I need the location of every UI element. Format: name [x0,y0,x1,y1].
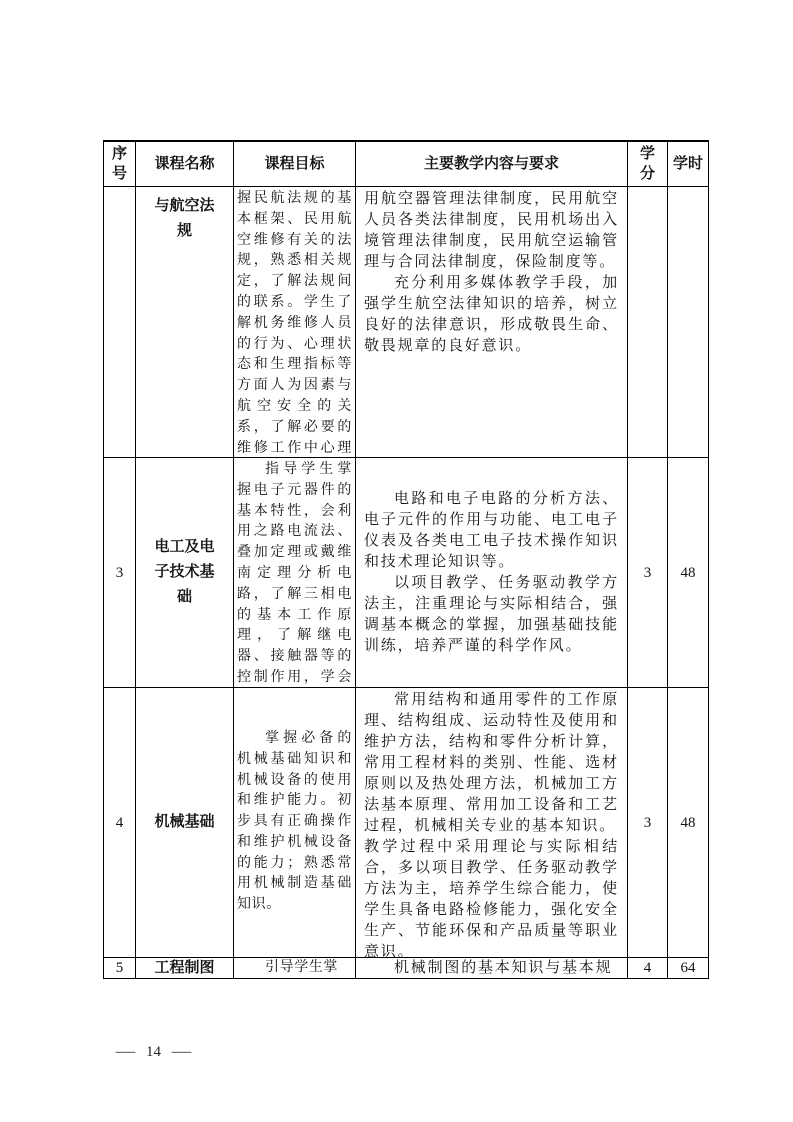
content-paragraph: 充分利用多媒体教学手段，加强学生航空法律知识的培养，树立良好的法律意识，形成敬畏… [364,273,619,357]
content-paragraph: 常用结构和通用零件的工作原理、结构组成、运动特性及使用和维护方法，结构和零件分析… [364,690,619,837]
objectives-text: 握民航法规的基本框架、民用航空维修有关的法规，熟悉相关规定，了解法规间的联系。学… [237,189,352,458]
header-credits: 学分 [628,142,668,187]
row0-content: 用航空器管理法律制度，民用航空人员各类法律制度，民用机场出入境管理法律制度，民用… [356,187,628,458]
course-plan-table: 序号 课程名称 课程目标 主要教学内容与要求 学分 学时 与航空法规 握民航法规… [103,140,709,979]
header-course-name: 课程名称 [136,142,234,187]
footer-page-number: 14 [146,1042,161,1062]
row3-credits: 4 [628,958,668,978]
content-paragraph: 用航空器管理法律制度，民用航空人员各类法律制度，民用机场出入境管理法律制度，民用… [364,189,619,273]
row0-index [104,187,136,458]
row1-course-name: 电工及电子技术基础 [136,458,234,688]
row0-hours [668,187,708,458]
objectives-text: 掌握必备的机械基础知识和机械设备的使用和维护能力。初步具有正确操作和维护机械设备… [237,729,352,916]
content-paragraph: 电路和电子电路的分析方法、电子元件的作用与功能、电工电子仪表及各类电工电子技术操… [364,489,619,573]
row3-objectives: 引导学生掌 [234,958,356,978]
document-page: 序号 课程名称 课程目标 主要教学内容与要求 学分 学时 与航空法规 握民航法规… [0,0,793,1122]
objectives-text: 指导学生掌握电子元器件的基本特性，会利用之路电流法、叠加定理或戴维南定理分析电路… [237,460,352,688]
content-paragraph: 以项目教学、任务驱动教学方法主，注重理论与实际相结合，强调基本概念的掌握，加强基… [364,573,619,657]
row2-hours: 48 [668,688,708,958]
row3-content: 机械制图的基本知识与基本规 [356,958,628,978]
header-hours: 学时 [668,142,708,187]
row0-credits [628,187,668,458]
objectives-text: 引导学生掌 [237,958,352,978]
header-content: 主要教学内容与要求 [356,142,628,187]
row2-index: 4 [104,688,136,958]
header-objectives: 课程目标 [234,142,356,187]
row3-index: 5 [104,958,136,978]
row2-credits: 3 [628,688,668,958]
row3-course-name: 工程制图 [136,958,234,978]
row1-content: 电路和电子电路的分析方法、电子元件的作用与功能、电工电子仪表及各类电工电子技术操… [356,458,628,688]
row1-objectives: 指导学生掌握电子元器件的基本特性，会利用之路电流法、叠加定理或戴维南定理分析电路… [234,458,356,688]
row1-credits: 3 [628,458,668,688]
row0-course-name: 与航空法规 [136,187,234,458]
row2-objectives: 掌握必备的机械基础知识和机械设备的使用和维护能力。初步具有正确操作和维护机械设备… [234,688,356,958]
row1-index: 3 [104,458,136,688]
footer-dash-right: — [172,1042,192,1062]
row3-hours: 64 [668,958,708,978]
row0-objectives: 握民航法规的基本框架、民用航空维修有关的法规，熟悉相关规定，了解法规间的联系。学… [234,187,356,458]
row1-hours: 48 [668,458,708,688]
content-paragraph: 机械制图的基本知识与基本规 [364,958,619,978]
row2-content: 常用结构和通用零件的工作原理、结构组成、运动特性及使用和维护方法，结构和零件分析… [356,688,628,958]
footer-dash-left: — [116,1042,136,1062]
header-index: 序号 [104,142,136,187]
page-footer: — 14 — [118,1042,189,1062]
content-paragraph: 教学过程中采用理论与实际相结合，多以项目教学、任务驱动教学方法为主，培养学生综合… [364,837,619,958]
row2-course-name: 机械基础 [136,688,234,958]
